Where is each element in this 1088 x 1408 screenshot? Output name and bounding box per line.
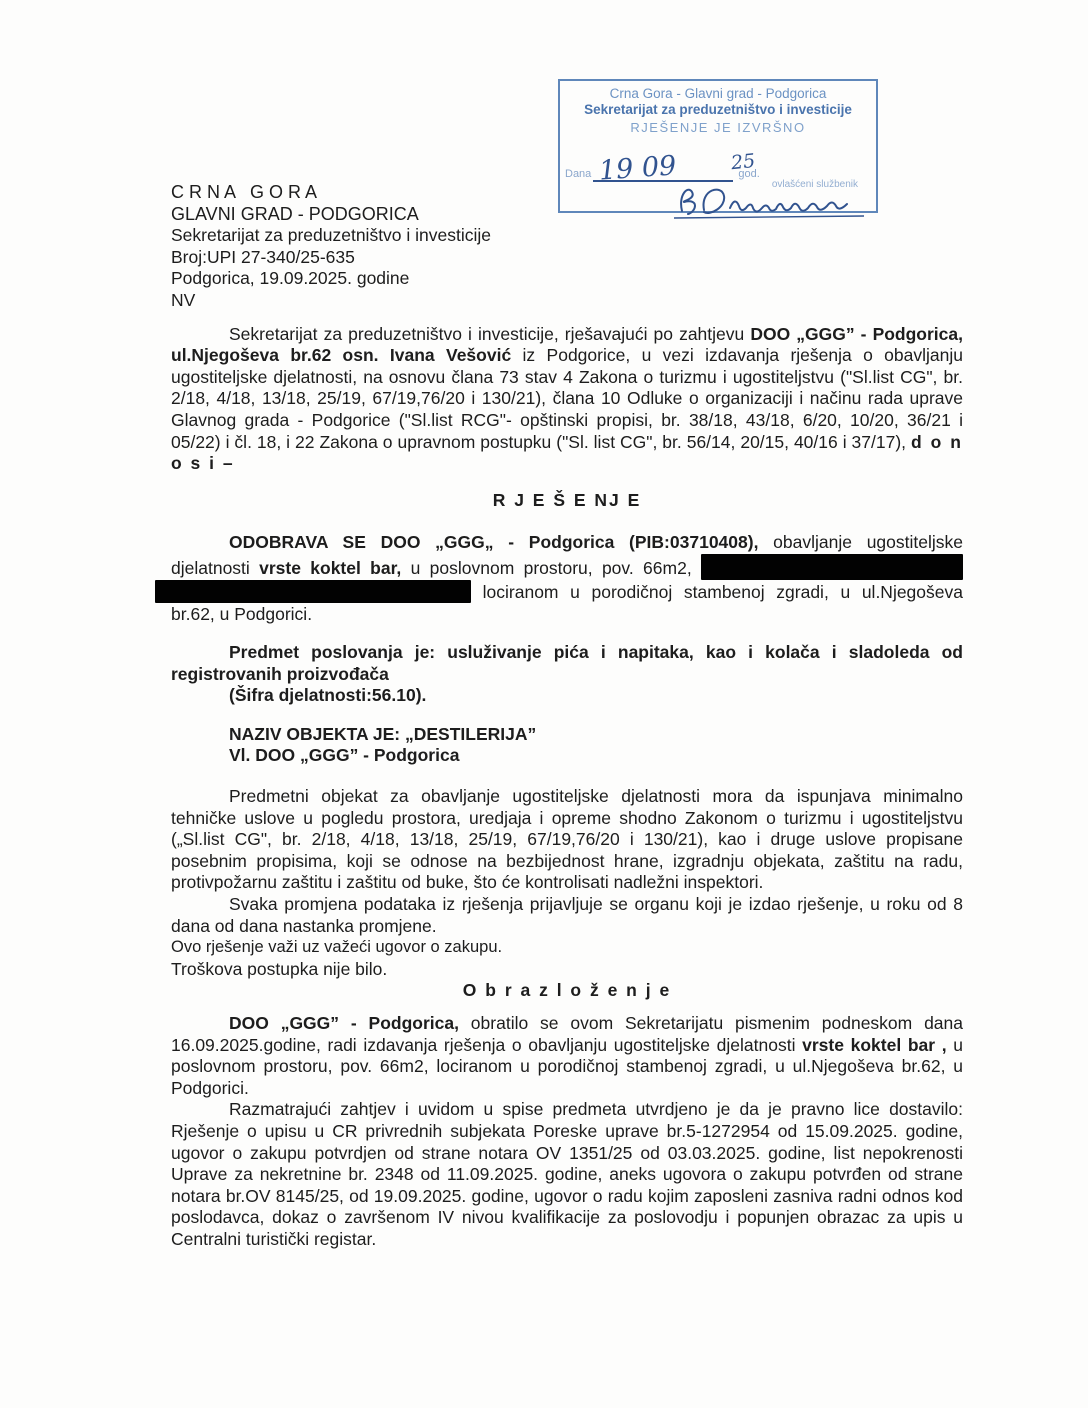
bar-type: vrste koktel bar, <box>259 558 401 578</box>
letterhead-department: Sekretarijat za preduzetništvo i investi… <box>171 225 963 247</box>
conditions-paragraph: Predmetni objekat za obavljanje ugostite… <box>171 786 963 894</box>
facility-owner: Vl. DOO „GGG” - Podgorica <box>171 745 963 767</box>
stamp-date-underline: 19 0925 <box>593 159 733 182</box>
document-body: C R N A G O R A GLAVNI GRAD - PODGORICA … <box>171 182 963 1251</box>
preamble-paragraph: Sekretarijat za preduzetništvo i investi… <box>171 324 963 475</box>
letterhead-city: GLAVNI GRAD - PODGORICA <box>171 204 963 226</box>
handwritten-year: 25 <box>730 150 756 174</box>
decision-heading: R J E Š E NJ E <box>171 490 963 512</box>
stamp-date-label: Dana <box>565 168 591 180</box>
approval-paragraph: ODOBRAVA SE DOO „GGG„ - Podgorica (PIB:0… <box>171 532 963 625</box>
premises-text: u poslovnom prostoru, pov. 66m2, <box>401 558 691 578</box>
preamble-text: Sekretarijat za preduzetništvo i investi… <box>229 324 750 344</box>
stamp-date-row: Dana19 0925 god. <box>565 159 760 182</box>
costs-note: Troškova postupka nije bilo. <box>171 959 963 981</box>
approval-text: djelatnosti <box>171 558 259 578</box>
explanation-company: DOO „GGG” - Podgorica, <box>229 1013 459 1033</box>
approval-line-3: lociranom u porodičnoj stambenoj zgradi,… <box>171 580 963 604</box>
document-page: Crna Gora - Glavni grad - Podgorica Sekr… <box>0 0 1088 1408</box>
business-subject: Predmet poslovanja je: usluživanje pića … <box>171 642 963 685</box>
approval-line-1: ODOBRAVA SE DOO „GGG„ - Podgorica (PIB:0… <box>171 532 963 554</box>
location-text: lociranom u porodičnoj stambenoj zgradi,… <box>483 582 963 602</box>
explanation-bar-type: vrste koktel bar , <box>802 1035 946 1055</box>
stamp-authority-line: Crna Gora - Glavni grad - Podgorica <box>560 86 876 101</box>
approval-company: ODOBRAVA SE DOO „GGG„ - Podgorica (PIB:0… <box>229 532 758 552</box>
letterhead-place-date: Podgorica, 19.09.2025. godine <box>171 268 963 290</box>
stamp-status-line: RJEŠENJE JE IZVRŠNO <box>560 120 876 135</box>
change-notice-paragraph: Svaka promjena podataka iz rješenja prij… <box>171 894 963 937</box>
letterhead-initials: NV <box>171 290 963 312</box>
letterhead-country: C R N A G O R A <box>171 182 963 204</box>
redaction-bar-1 <box>701 554 963 580</box>
letterhead-case-number: Broj:UPI 27-340/25-635 <box>171 247 963 269</box>
explanation-paragraph-2: Razmatrajući zahtjev i uvidom u spise pr… <box>171 1099 963 1250</box>
approval-line-2: djelatnosti vrste koktel bar, u poslovno… <box>171 554 963 580</box>
stamp-department-line: Sekretarijat za preduzetništvo i investi… <box>560 102 876 117</box>
handwritten-date: 19 09 <box>599 156 678 181</box>
explanation-heading: O b r a z l o ž e n j e <box>171 980 963 1002</box>
facility-name: NAZIV OBJEKTA JE: „DESTILERIJA” <box>171 724 963 746</box>
explanation-paragraph-1: DOO „GGG” - Podgorica, obratilo se ovom … <box>171 1013 963 1099</box>
approval-line-4: br.62, u Podgorici. <box>171 604 963 626</box>
lease-validity-note: Ovo rješenje važi uz važeći ugovor o zak… <box>171 937 963 959</box>
activity-code: (Šifra djelatnosti:56.10). <box>171 685 963 707</box>
approval-activity: obavljanje ugostiteljske <box>758 532 963 552</box>
redaction-bar-2 <box>155 580 471 603</box>
